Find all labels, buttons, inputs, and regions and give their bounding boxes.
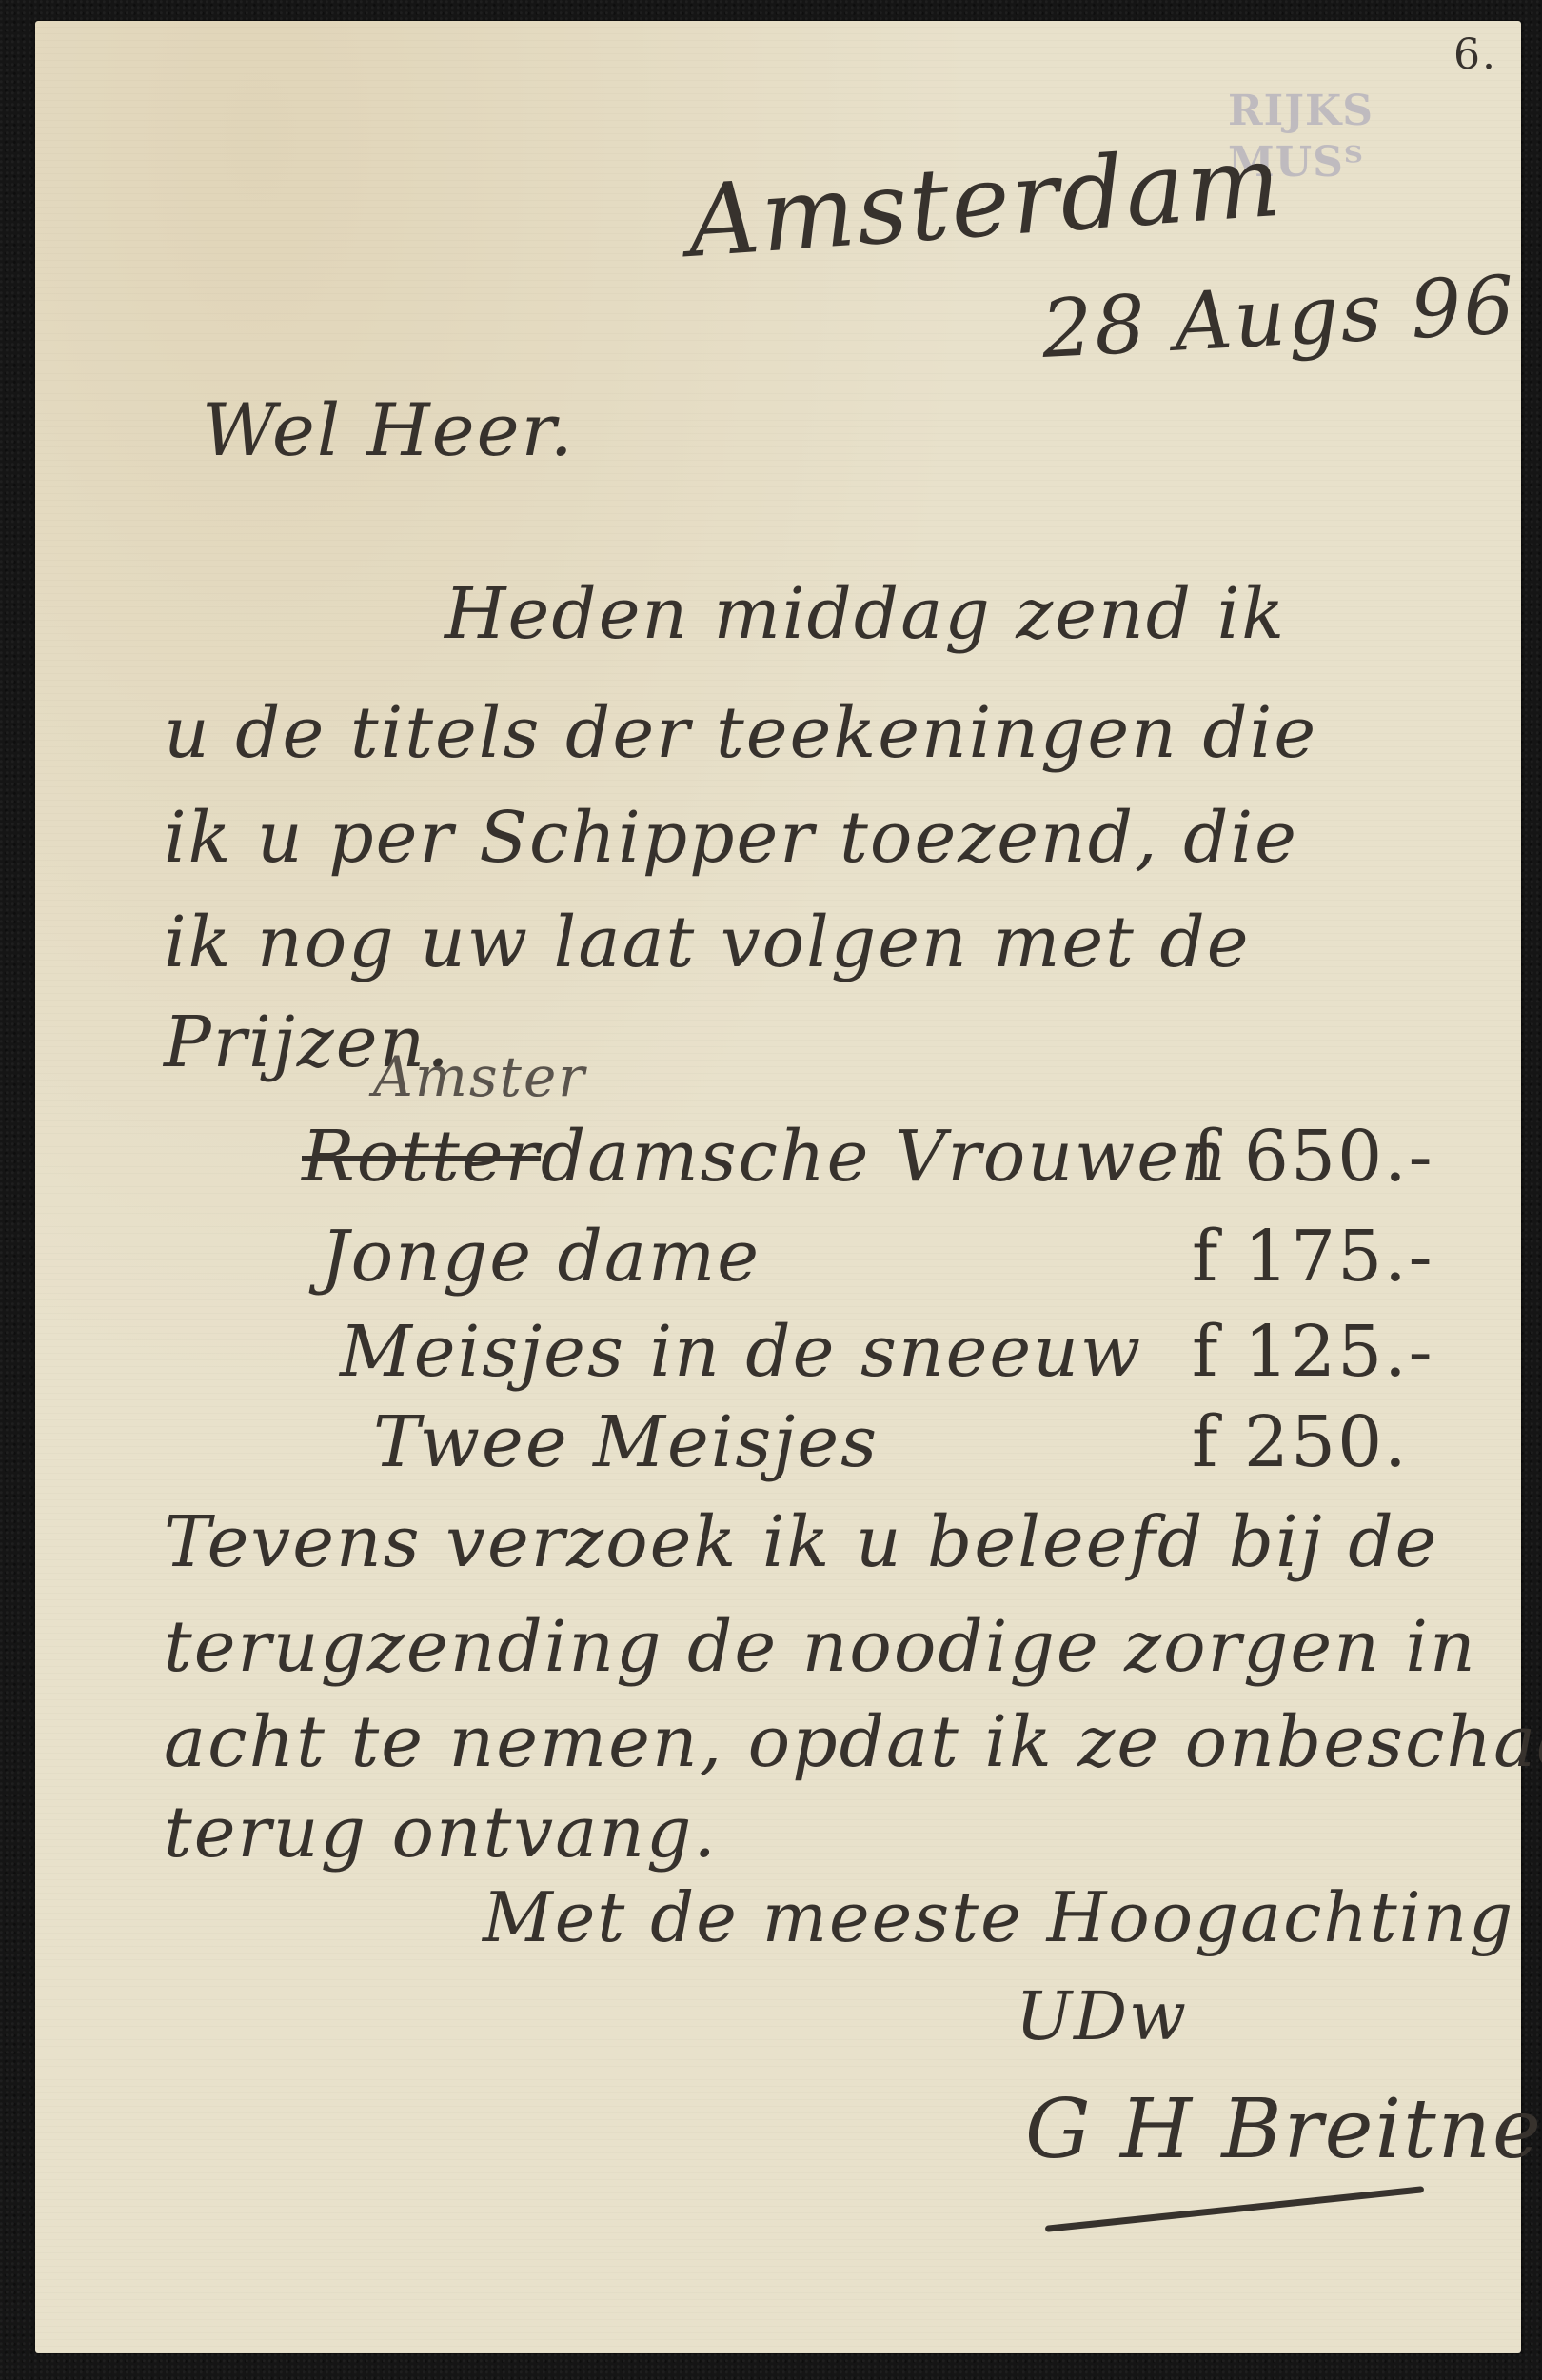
folio-number: 6.	[1453, 30, 1497, 79]
price-list-item: Jonge dame	[321, 1216, 761, 1298]
item-title: Twee Meisjes	[373, 1401, 879, 1483]
letter-date: 28 Augs 96	[1039, 258, 1518, 376]
body-line: u de titels der teekeningen die	[164, 692, 1317, 774]
item-price: f 175.-	[1192, 1216, 1434, 1298]
item-title: Meisjes in de sneeuw	[340, 1311, 1142, 1393]
item-price: f 250.	[1192, 1401, 1409, 1483]
letter-place: Amsterdam	[683, 123, 1285, 280]
body-line: Heden middag zend ik	[445, 573, 1286, 655]
salutation: Wel Heer.	[202, 387, 575, 472]
struck-text: Rotter	[302, 1116, 541, 1198]
correction-insertion: Amster	[373, 1044, 586, 1109]
price-list-item: Meisjes in de sneeuw	[340, 1311, 1142, 1393]
price-list-item: Twee Meisjes	[373, 1401, 879, 1483]
item-price: f 125.-	[1192, 1311, 1434, 1393]
closing-paragraph-line: Tevens verzoek ik u beleefd bij de	[164, 1501, 1438, 1583]
valediction: UDw	[1016, 1977, 1188, 2055]
closing-paragraph-line: terug ontvang.	[164, 1792, 718, 1874]
closing-paragraph-line: terugzending de noodige zorgen in	[164, 1606, 1477, 1688]
signature-underline	[1045, 2186, 1425, 2232]
body-line: ik nog uw laat volgen met de	[164, 902, 1251, 983]
item-title: Jonge dame	[321, 1216, 761, 1298]
item-price: f 650.-	[1192, 1116, 1434, 1198]
item-title: damsche Vrouwen	[541, 1116, 1228, 1198]
signature: G H Breitner	[1025, 2082, 1542, 2177]
closing-phrase: Met de meeste Hoogachting	[483, 1877, 1514, 1957]
closing-paragraph-line: acht te nemen, opdat ik ze onbeschadigd	[164, 1701, 1542, 1783]
letter-paper: 6. RIJKS MUSᵀ Amsterdam 28 Augs 96 Wel H…	[35, 21, 1521, 2353]
price-list-item: Rotterdamsche Vrouwen	[302, 1116, 1228, 1198]
body-line: ik u per Schipper toezend, die	[164, 797, 1298, 879]
